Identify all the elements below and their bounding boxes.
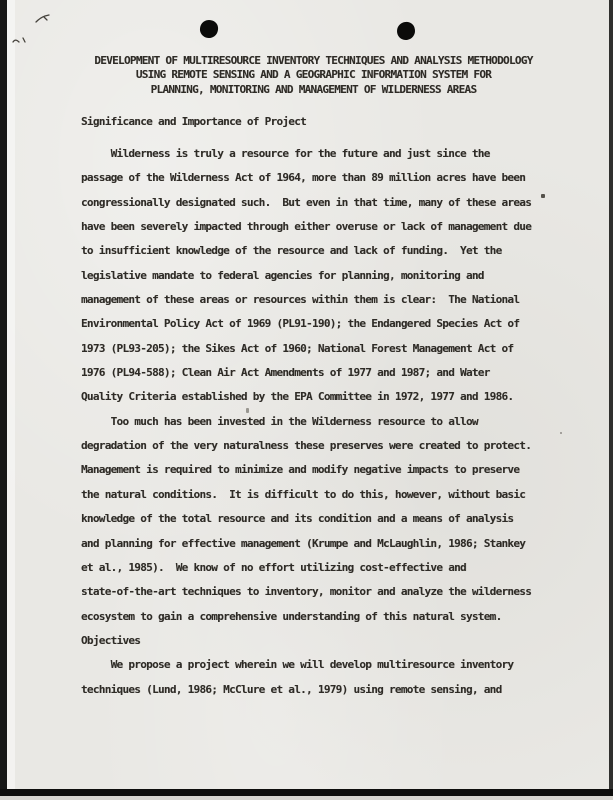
- text-line: to insufficient knowledge of the resourc…: [81, 239, 561, 263]
- text-line: state-of-the-art techniques to inventory…: [81, 580, 561, 604]
- text-line: Management is required to minimize and m…: [81, 458, 561, 482]
- text-line: knowledge of the total resource and its …: [81, 507, 561, 531]
- body-text: Wilderness is truly a resource for the f…: [81, 142, 561, 702]
- text-line: management of these areas or resources w…: [81, 288, 561, 312]
- text-line: et al., 1985). We know of no effort util…: [81, 556, 561, 580]
- text-line: congressionally designated such. But eve…: [81, 191, 561, 215]
- section-heading: Objectives: [81, 629, 561, 653]
- text-line: degradation of the very naturalness thes…: [81, 434, 561, 458]
- title-line: DEVELOPMENT OF MULTIRESOURCE INVENTORY T…: [7, 54, 613, 68]
- text-line: techniques (Lund, 1986; McClure et al., …: [81, 678, 561, 702]
- title-line: PLANNING, MONITORING AND MANAGEMENT OF W…: [7, 83, 613, 97]
- text-line: 1976 (PL94-588); Clean Air Act Amendment…: [81, 361, 561, 385]
- document-title: DEVELOPMENT OF MULTIRESOURCE INVENTORY T…: [7, 54, 613, 97]
- scan-edge-right: [609, 0, 613, 800]
- text-line: Wilderness is truly a resource for the f…: [81, 142, 561, 166]
- text-line: passage of the Wilderness Act of 1964, m…: [81, 166, 561, 190]
- text-line: We propose a project wherein we will dev…: [81, 653, 561, 677]
- text-line: legislative mandate to federal agencies …: [81, 264, 561, 288]
- hole-punch-icon: [199, 19, 219, 39]
- text-line: Quality Criteria established by the EPA …: [81, 385, 561, 409]
- text-line: and planning for effective management (K…: [81, 532, 561, 556]
- section-heading: Significance and Importance of Project: [81, 110, 306, 134]
- text-line: the natural conditions. It is difficult …: [81, 483, 561, 507]
- title-line: USING REMOTE SENSING AND A GEOGRAPHIC IN…: [7, 68, 613, 82]
- scan-edge-bottom: [0, 789, 613, 796]
- pencil-scribble-icon: [35, 9, 51, 28]
- text-line: 1973 (PL93-205); the Sikes Act of 1960; …: [81, 337, 561, 361]
- text-line: Too much has been invested in the Wilder…: [81, 410, 561, 434]
- hole-punch-icon: [396, 21, 416, 41]
- text-line: have been severely impacted through eith…: [81, 215, 561, 239]
- pencil-scribble-icon: [12, 30, 28, 49]
- text-line: Environmental Policy Act of 1969 (PL91-1…: [81, 312, 561, 336]
- scan-edge-left: [0, 0, 7, 800]
- scan-edge-below: [0, 796, 613, 800]
- scan-edge-seam: [7, 0, 15, 800]
- text-line: ecosystem to gain a comprehensive unders…: [81, 605, 561, 629]
- scanned-document-page: DEVELOPMENT OF MULTIRESOURCE INVENTORY T…: [0, 0, 613, 800]
